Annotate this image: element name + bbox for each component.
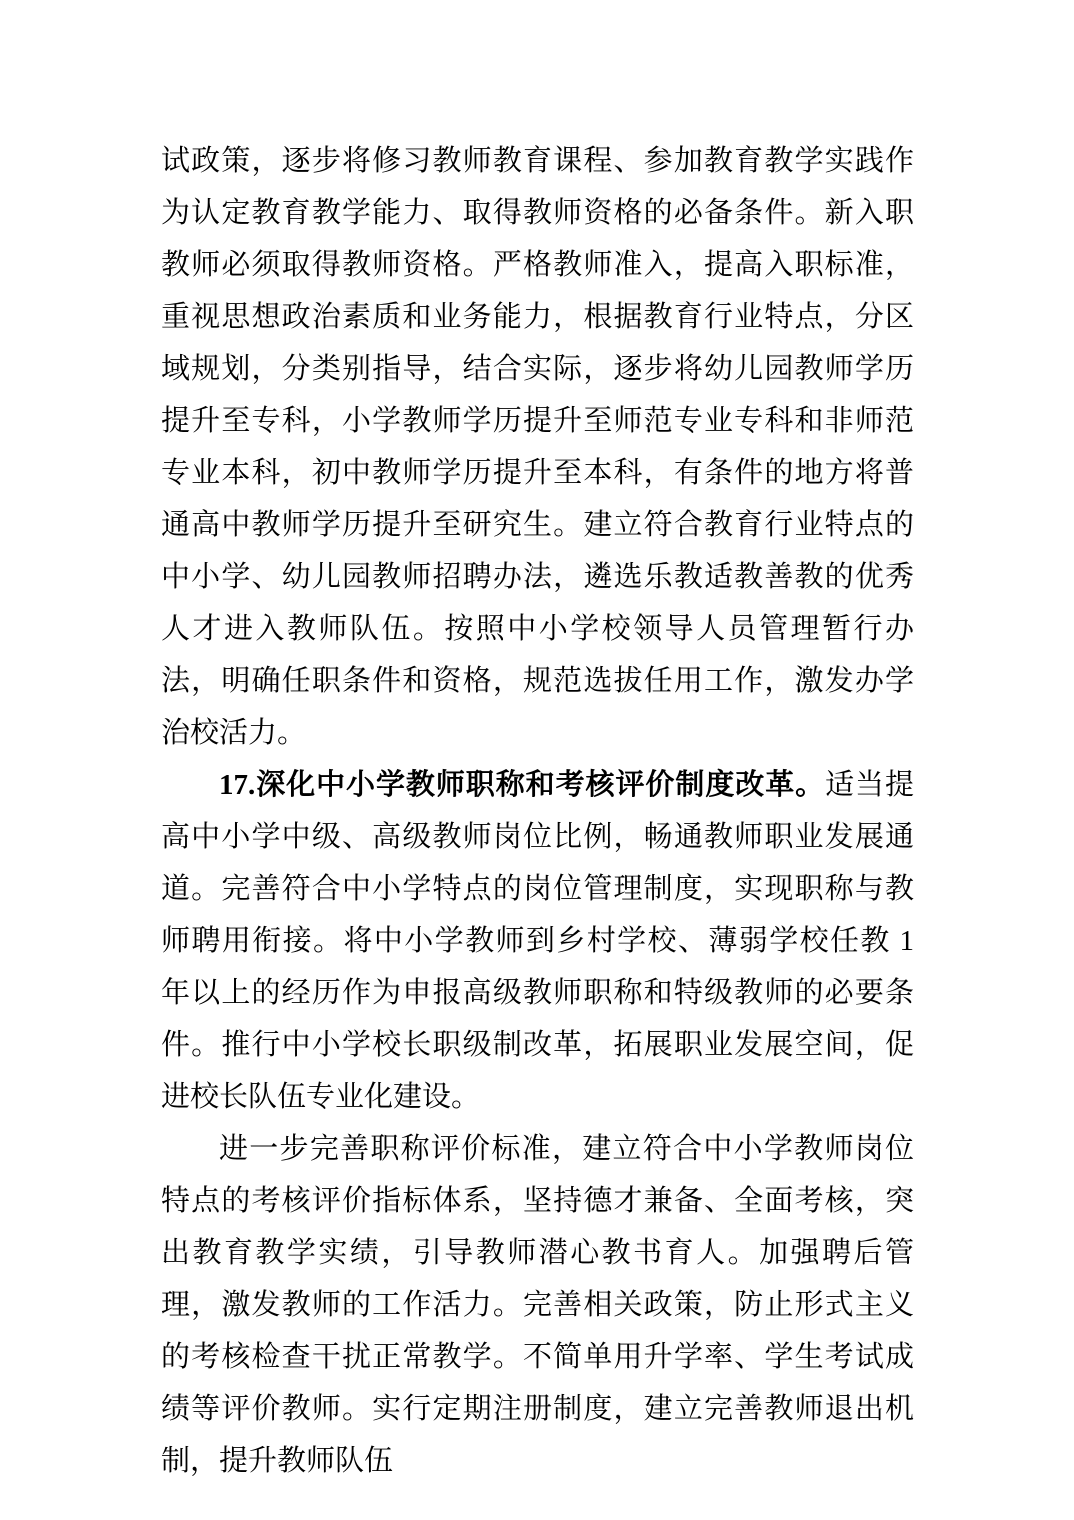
paragraph-text: 进一步完善职称评价标准，建立符合中小学教师岗位特点的考核评价指标体系，坚持德才兼… bbox=[161, 1133, 914, 1477]
paragraph-text: 试政策，逐步将修习教师教育课程、参加教育教学实践作为认定教育教学能力、取得教师资… bbox=[161, 145, 914, 749]
paragraph: 进一步完善职称评价标准，建立符合中小学教师岗位特点的考核评价指标体系，坚持德才兼… bbox=[161, 1123, 914, 1487]
document-page: 试政策，逐步将修习教师教育课程、参加教育教学实践作为认定教育教学能力、取得教师资… bbox=[0, 0, 1074, 1520]
document-body: 试政策，逐步将修习教师教育课程、参加教育教学实践作为认定教育教学能力、取得教师资… bbox=[161, 135, 914, 1487]
paragraph: 试政策，逐步将修习教师教育课程、参加教育教学实践作为认定教育教学能力、取得教师资… bbox=[161, 135, 914, 759]
paragraph-heading-text: 17.深化中小学教师职称和考核评价制度改革。 bbox=[219, 769, 825, 801]
paragraph-text: 适当提高中小学中级、高级教师岗位比例，畅通教师职业发展通道。完善符合中小学特点的… bbox=[161, 769, 914, 1113]
paragraph: 17.深化中小学教师职称和考核评价制度改革。适当提高中小学中级、高级教师岗位比例… bbox=[161, 759, 914, 1123]
